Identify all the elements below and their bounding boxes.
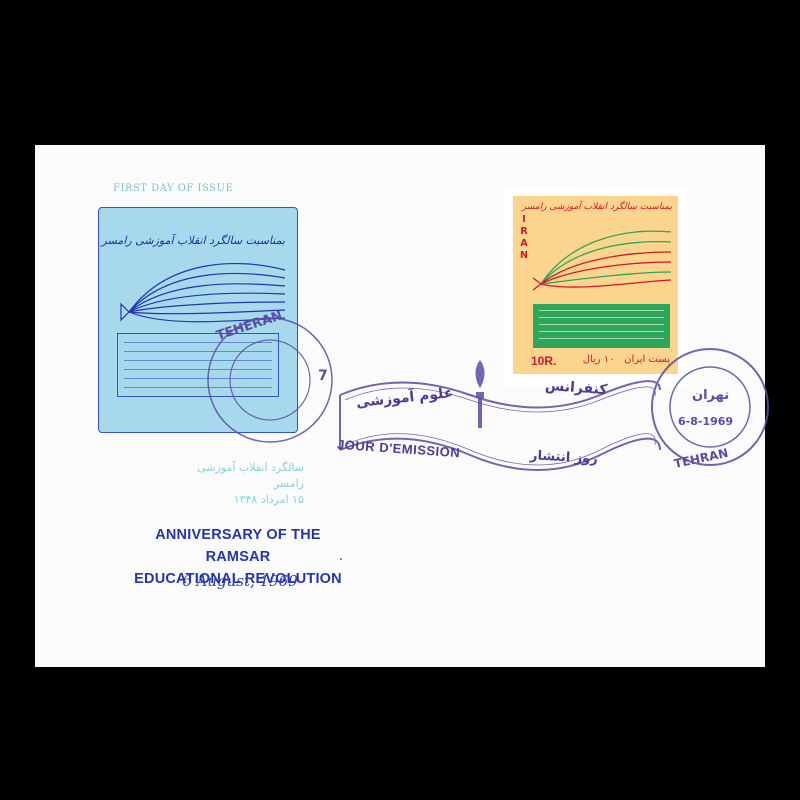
postmark-left-city: TEHERAN [215, 308, 285, 343]
postmark-right-date: 6-8-1969 [678, 415, 733, 428]
postmark-right-city: TEHRAN [673, 446, 730, 471]
postmark-right-persian-city: تهران [692, 388, 729, 403]
postmark-left-number: 7 [318, 368, 328, 384]
